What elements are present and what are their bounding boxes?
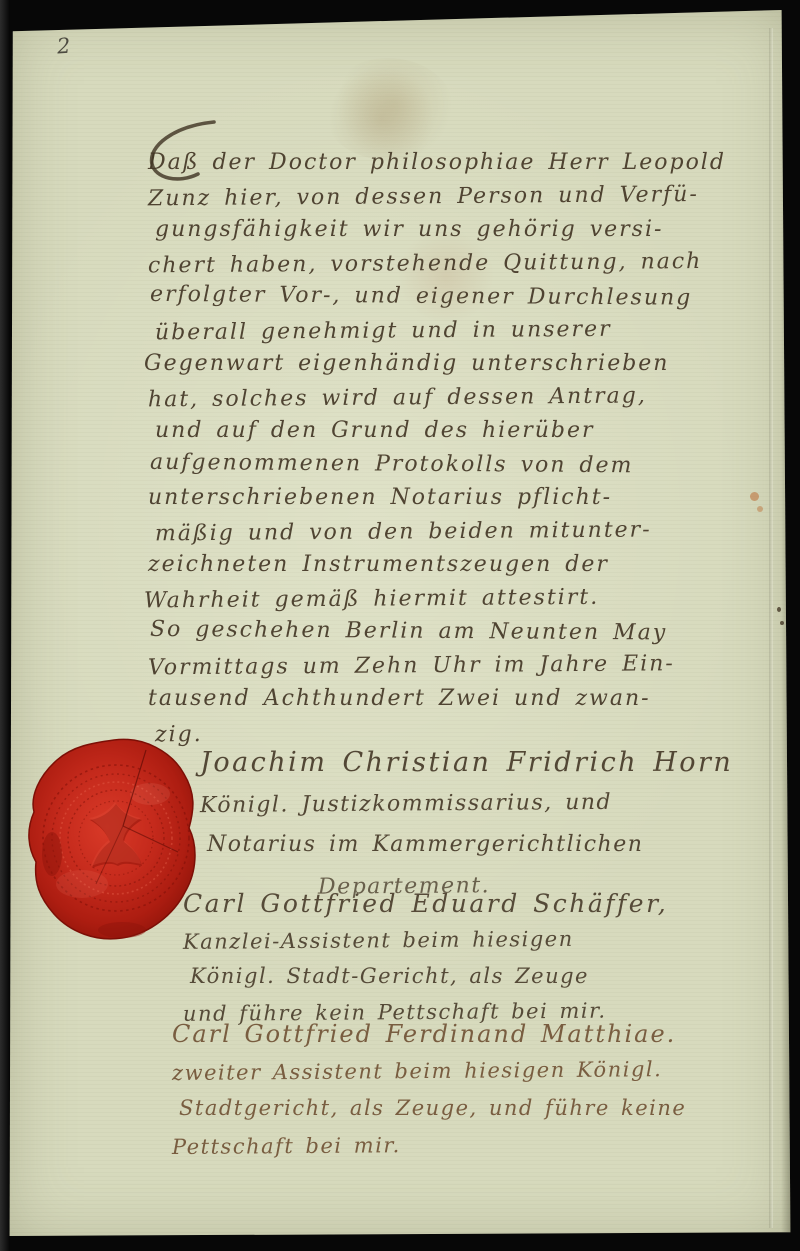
signature-line: Joachim Christian Fridrich Horn [200,742,733,783]
signature-line: Notarius im Kammergerichtlichen [207,824,733,865]
manuscript-line: chert haben, vorstehende Quittung, nach [148,244,760,282]
manuscript-line: So geschehen Berlin am Neunten May [150,613,760,651]
manuscript-line: zeichneten Instrumentszeugen der [148,548,760,582]
manuscript-line: Zunz hier, von dessen Person und Verfü- [148,177,760,215]
manuscript-line: unterschriebenen Notarius pflicht- [148,481,760,515]
manuscript-line: tausend Achthundert Zwei und zwan- [148,682,760,716]
manuscript-line: Gegenwart eigenhändig unterschrieben [144,347,760,381]
signature-block-matthiae: Carl Gottfried Ferdinand Matthiae.zweite… [172,1016,686,1164]
photo-backdrop-edge [0,0,9,1251]
signature-line: Pettschaft bei mir. [172,1125,687,1166]
manuscript-line: mäßig und von den beiden mitunter- [155,512,760,550]
signature-line: Königl. Stadt-Gericht, als Zeuge [190,958,668,994]
manuscript-line: Daß der Doctor philosophiae Herr Leopold [148,146,760,180]
paper-fold-crease [769,28,773,1228]
signature-line: Carl Gottfried Ferdinand Matthiae. [172,1016,686,1053]
wax-seal-icon [26,734,208,952]
page-number: 2 [56,34,71,59]
manuscript-line: und auf den Grund des hierüber [155,414,760,448]
manuscript-line: aufgenommenen Protokolls von dem [150,445,760,483]
signature-block-schaeffer: Carl Gottfried Eduard Schäffer,Kanzlei-A… [183,886,668,1030]
signature-line: Königl. Justizkommissarius, und [200,781,734,826]
manuscript-page: 2 Daß der Doctor philosophiae Herr Leopo… [0,0,800,1251]
manuscript-line: überall genehmigt und in unserer [155,311,760,349]
signature-line: zweiter Assistent beim hiesigen Königl. [172,1051,687,1092]
seal-ghost-stain [322,58,454,160]
manuscript-body: Daß der Doctor philosophiae Herr Leopold… [148,146,760,749]
signature-line: Carl Gottfried Eduard Schäffer, [183,886,668,922]
signature-block-horn: Joachim Christian Fridrich HornKönigl. J… [200,742,733,906]
manuscript-line: Wahrheit gemäß hiermit attestirt. [144,579,760,617]
manuscript-line: erfolgter Vor-, und eigener Durchlesung [150,278,760,316]
signature-line: Stadtgericht, als Zeuge, und führe keine [179,1090,686,1127]
signature-line: Kanzlei-Assistent beim hiesigen [183,920,669,960]
manuscript-line: Vormittags um Zehn Uhr im Jahre Ein- [148,646,760,684]
manuscript-line: gungsfähigkeit wir uns gehörig versi- [155,213,760,247]
paper-edge-shade [781,8,791,1238]
manuscript-line: hat, solches wird auf dessen Antrag, [148,378,760,416]
